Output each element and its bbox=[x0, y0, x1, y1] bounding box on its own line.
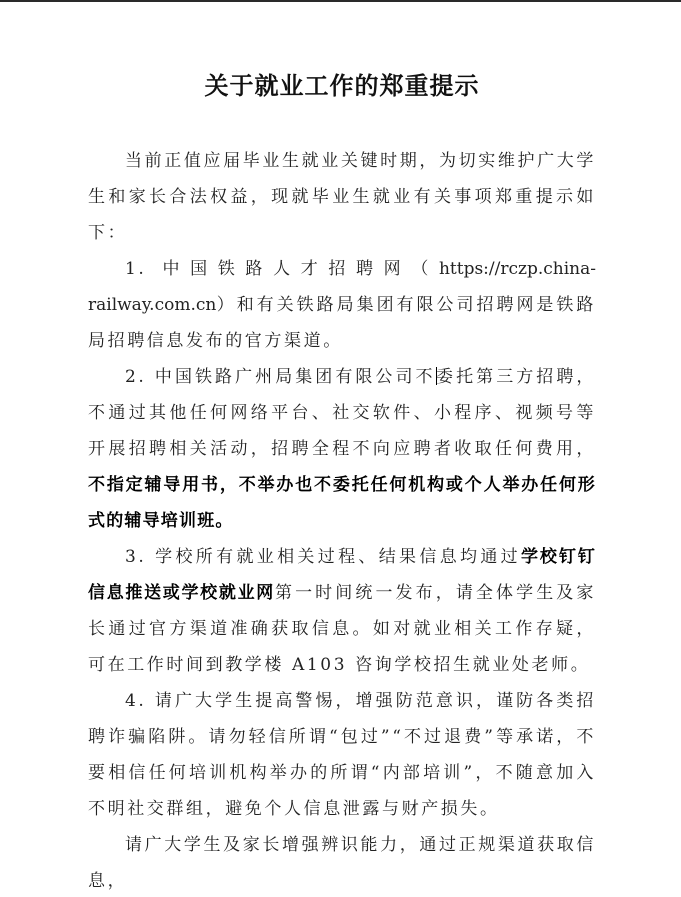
item-4-paragraph: 4. 请广大学生提高警惕，增强防范意识，谨防各类招聘诈骗陷阱。请勿轻信所谓“包过… bbox=[88, 683, 596, 827]
item-4-text: 请广大学生提高警惕，增强防范意识，谨防各类招聘诈骗陷阱。请勿轻信所谓“包过”“不… bbox=[88, 691, 596, 819]
item-2-emphasis: 不指定辅导用书，不举办也不委托任何机构或个人举办任何形式的辅导培训班。 bbox=[88, 475, 596, 531]
closing-paragraph: 请广大学生及家长增强辨识能力，通过正规渠道获取信息， bbox=[88, 827, 596, 897]
item-2-paragraph: 2. 中国铁路广州局集团有限公司不委托第三方招聘，不通过其他任何网络平台、社交软… bbox=[88, 359, 596, 539]
item-4-number: 4. bbox=[125, 691, 146, 711]
item-3-number: 3. bbox=[125, 547, 146, 567]
document-body[interactable]: 当前正值应届毕业生就业关键时期，为切实维护广大学生和家长合法权益，现就毕业生就业… bbox=[88, 143, 596, 897]
item-3-paragraph: 3. 学校所有就业相关过程、结果信息均通过学校钉钉信息推送或学校就业网第一时间统… bbox=[88, 539, 596, 683]
item-1-number: 1. bbox=[125, 259, 146, 279]
item-1-paragraph: 1. 中国铁路人才招聘网（https://rczp.china-railway.… bbox=[88, 251, 596, 359]
item-2-text-start: 中国铁路广州局集团有限公司不 bbox=[155, 367, 436, 387]
intro-paragraph: 当前正值应届毕业生就业关键时期，为切实维护广大学生和家长合法权益，现就毕业生就业… bbox=[88, 143, 596, 251]
item-2-number: 2. bbox=[125, 367, 146, 387]
page-top-border bbox=[0, 0, 681, 2]
item-3-text-start: 学校所有就业相关过程、结果信息均通过 bbox=[155, 547, 521, 567]
item-1-text-start: 中国铁路人才招聘网（ bbox=[162, 259, 438, 279]
document-title: 关于就业工作的郑重提示 bbox=[203, 66, 481, 101]
